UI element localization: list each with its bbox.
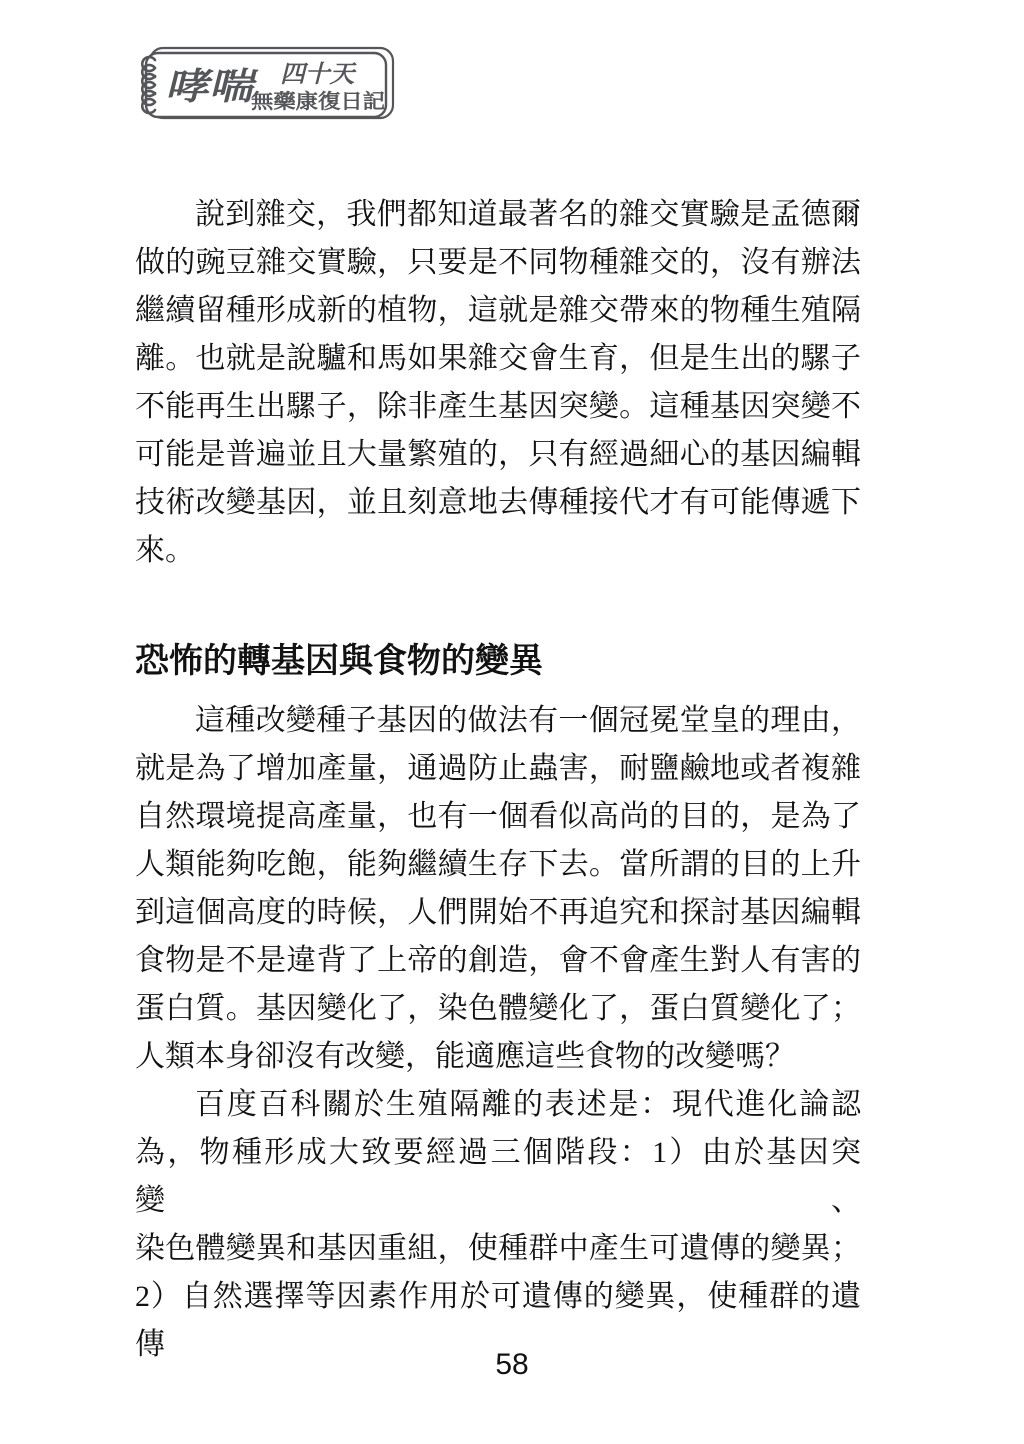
text-line: 染色體變異和基因重組，使種群中產生可遺傳的變異；	[135, 1225, 861, 1273]
paragraph-baidu-definition: 百度百科關於生殖隔離的表述是：現代進化論認 為，物種形成大致要經過三個階段：1）…	[135, 1081, 861, 1369]
text-line: 這種改變種子基因的做法有一個冠冕堂皇的理由，	[135, 697, 861, 745]
page-number: 58	[0, 1348, 1024, 1382]
text-line: 自然環境提高產量，也有一個看似高尚的目的，是為了	[135, 793, 861, 841]
logo-graphic: 哮喘 四十天 無藥康復日記	[134, 46, 396, 122]
text-line: 到這個高度的時候，人們開始不再追究和探討基因編輯	[135, 889, 861, 937]
text-line: 不能再生出騾子，除非產生基因突變。這種基因突變不	[135, 383, 861, 431]
logo-title-sub: 無藥康復日記	[251, 89, 385, 113]
text-line: 百度百科關於生殖隔離的表述是：現代進化論認	[135, 1081, 861, 1129]
section-heading: 恐怖的轉基因與食物的變異	[135, 639, 861, 683]
logo-title-days: 四十天	[279, 61, 360, 88]
paragraph-gmo-food: 這種改變種子基因的做法有一個冠冕堂皇的理由， 就是為了增加產量，通過防止蟲害，耐…	[135, 697, 861, 1081]
text-line: 可能是普遍並且大量繁殖的，只有經過細心的基因編輯	[135, 431, 861, 479]
book-page: 哮喘 四十天 無藥康復日記 說到雜交，我們都知道最著名的雜交實驗是孟德爾 做的豌…	[0, 0, 1024, 1444]
text-line: 做的豌豆雜交實驗，只要是不同物種雜交的，沒有辦法	[135, 239, 861, 287]
text-line: 來。	[135, 527, 861, 575]
text-line: 為，物種形成大致要經過三個階段：1）由於基因突變、	[135, 1129, 861, 1225]
text-line: 人類能夠吃飽，能夠繼續生存下去。當所謂的目的上升	[135, 841, 861, 889]
text-line: 就是為了增加產量，通過防止蟲害，耐鹽鹼地或者複雜	[135, 745, 861, 793]
text-line: 食物是不是違背了上帝的創造，會不會產生對人有害的	[135, 937, 861, 985]
text-line: 技術改變基因，並且刻意地去傳種接代才有可能傳遞下	[135, 479, 861, 527]
text-line: 蛋白質。基因變化了，染色體變化了，蛋白質變化了；	[135, 985, 861, 1033]
text-line: 說到雜交，我們都知道最著名的雜交實驗是孟德爾	[135, 191, 861, 239]
page-content: 說到雜交，我們都知道最著名的雜交實驗是孟德爾 做的豌豆雜交實驗，只要是不同物種雜…	[135, 191, 861, 1369]
text-line: 繼續留種形成新的植物，這就是雜交帶來的物種生殖隔	[135, 287, 861, 335]
paragraph-hybridization: 說到雜交，我們都知道最著名的雜交實驗是孟德爾 做的豌豆雜交實驗，只要是不同物種雜…	[135, 191, 861, 575]
text-line: 人類本身卻沒有改變，能適應這些食物的改變嗎？	[135, 1033, 861, 1081]
text-line: 離。也就是說驢和馬如果雜交會生育，但是生出的騾子	[135, 335, 861, 383]
book-logo: 哮喘 四十天 無藥康復日記	[134, 46, 396, 122]
logo-title-main: 哮喘	[163, 66, 262, 107]
